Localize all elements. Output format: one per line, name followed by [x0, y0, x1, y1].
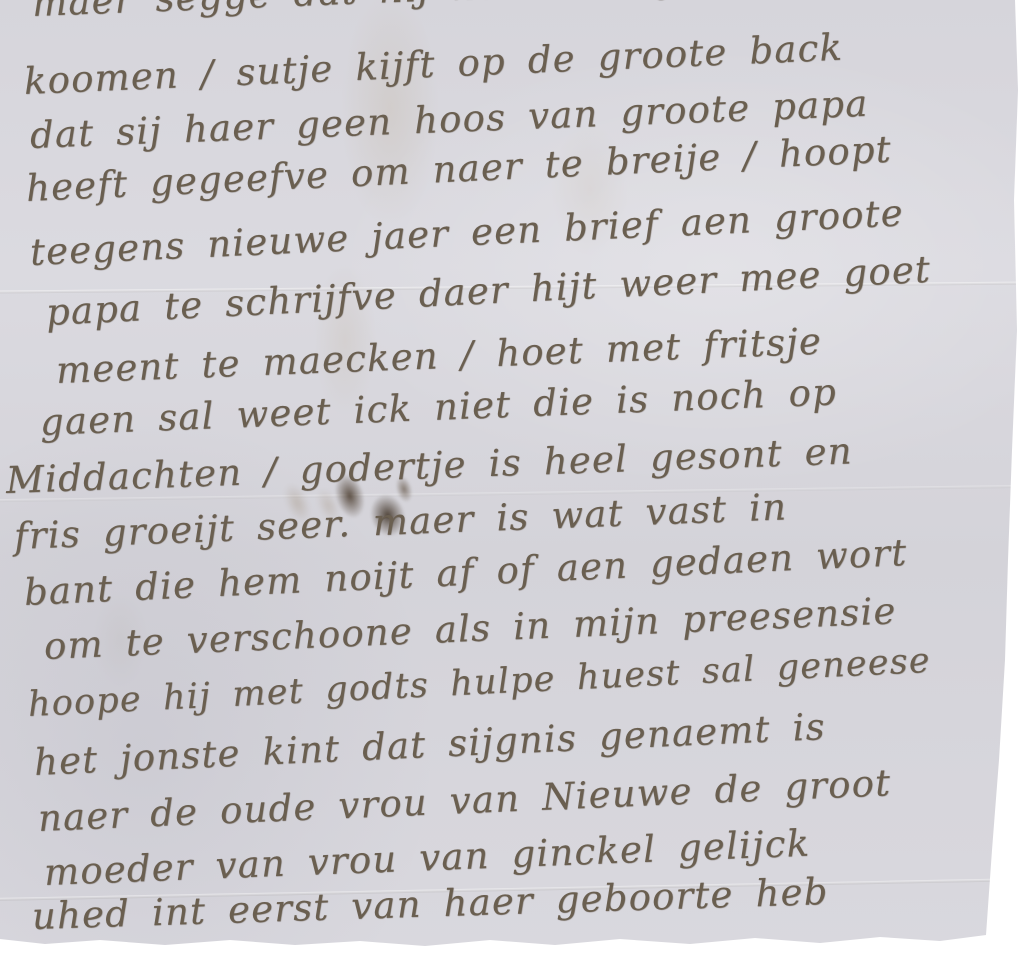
handwriting-line: maer segge dat hij huest thuijs [31, 0, 696, 25]
scan-background: maer segge dat hij huest thuijs koomen /… [0, 0, 1024, 956]
letter-page: maer segge dat hij huest thuijs koomen /… [0, 0, 1024, 956]
